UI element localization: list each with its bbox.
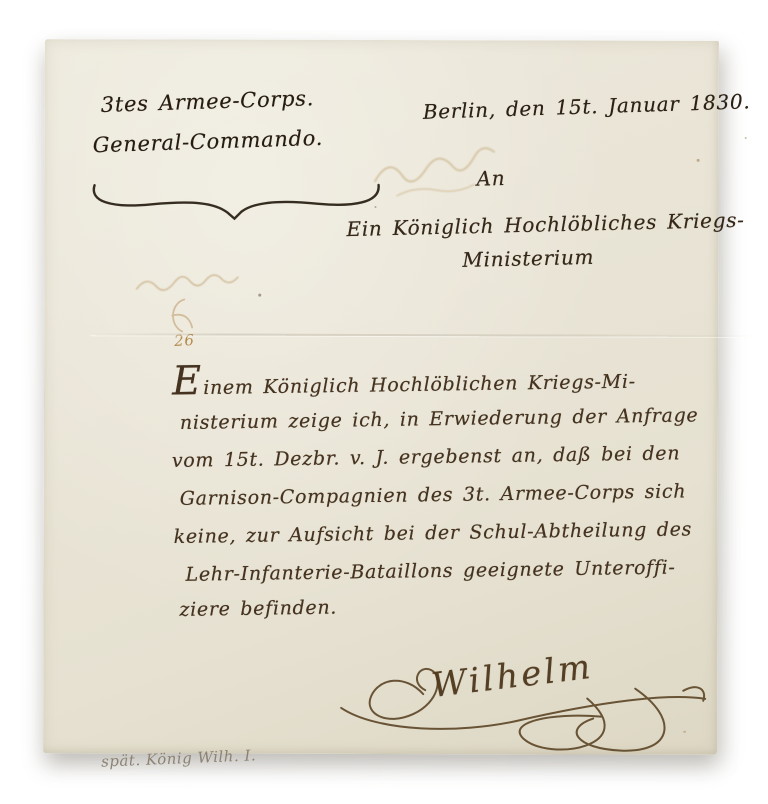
dateline: Berlin, den 15t. Januar 1830.: [422, 89, 750, 124]
recipient-line-2: Ministerium: [462, 245, 594, 272]
pencil-attribution-note: spät. König Wilh. I.: [101, 746, 257, 770]
ink-dot: [258, 294, 261, 297]
body-line: Garnison-Compagnien des 3t. Armee-Corps …: [180, 480, 687, 510]
paper-speck: [697, 159, 700, 162]
body-line: Einem Königlich Hochlöblichen Kriegs-Mi-: [172, 365, 636, 400]
letter-paper: 3tes Armee-Corps. General-Commando. Berl…: [43, 39, 719, 755]
body-line: ziere befinden.: [179, 597, 337, 621]
paper-speck: [745, 137, 747, 139]
body-line: Lehr-Infanterie-Bataillons geeignete Unt…: [185, 556, 675, 585]
ink-dot: [374, 206, 376, 208]
body-line: vom 15t. Dezbr. v. J. ergebenst an, daß …: [172, 442, 681, 472]
salutation: An: [476, 166, 505, 191]
flourish-brace: [88, 175, 384, 222]
paper-speck: [610, 381, 612, 383]
photo-background: 3tes Armee-Corps. General-Commando. Berl…: [0, 0, 768, 804]
sender-command-line: General-Commando.: [92, 126, 323, 157]
body-line: keine, zur Aufsicht bei der Schul-Abthei…: [174, 518, 693, 548]
sender-corps-line: 3tes Armee-Corps.: [100, 86, 314, 117]
paper-speck: [683, 731, 686, 733]
signature-wilhelm: Wilhelm: [335, 630, 713, 759]
recipient-line-1: Ein Königlich Hochlöbliches Kriegs-: [346, 208, 745, 241]
body-line: nisterium zeige ich, in Erwiederung der …: [180, 404, 699, 434]
